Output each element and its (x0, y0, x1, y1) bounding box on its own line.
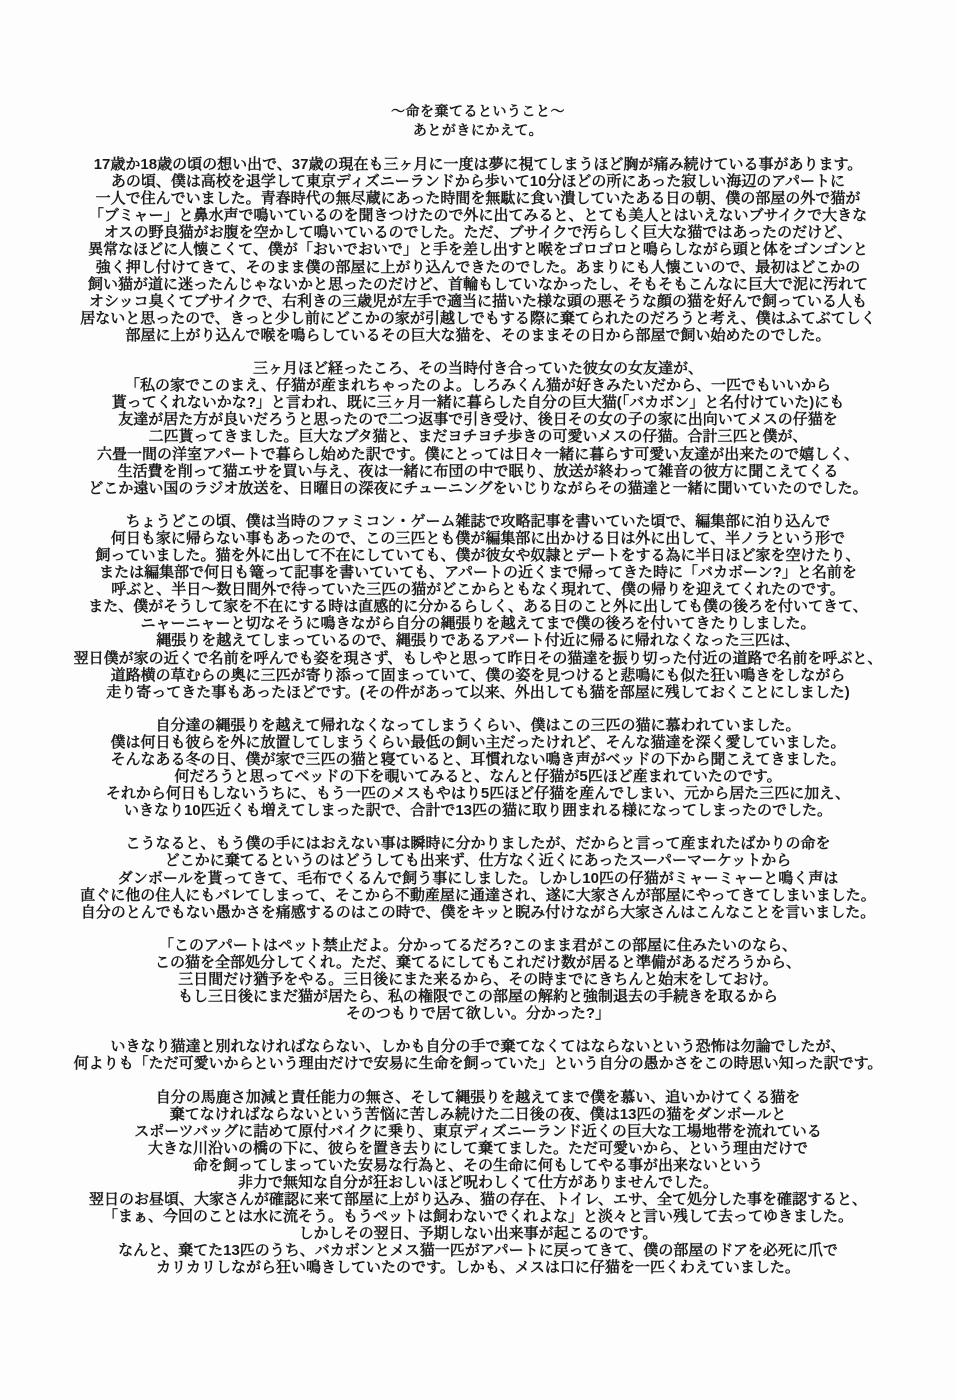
text-line: 「ブミャー」と鼻水声で鳴いているのを聞きつけたので外に出てみると、とても美人とは… (89, 207, 867, 224)
text-line: 大きな川沿いの橋の下に、彼らを置き去りにして棄てました。ただ可愛いから、という理… (148, 1140, 808, 1157)
text-line: 自分のとんでもない愚かさを痛感するのはこの時で、僕をキッと睨み付けながら大家さん… (81, 904, 875, 921)
text-line: ちょうどこの頃、僕は当時のファミコン・ゲーム雑誌で攻略記事を書いていた頃で、編集… (126, 513, 830, 530)
text-line: なんと、棄てた13匹のうち、バカボンとメス猫一匹がアパートに戻ってきて、僕の部屋… (118, 1242, 838, 1259)
text-line: 六畳一間の洋室アパートで暮らし始めた訳です。僕にとっては日々一緒に暮らす可愛い友… (97, 446, 859, 463)
body-text: 17歳か18歳の頃の想い出で、37歳の現在も三ヶ月に一度は夢に視てしまうほど胸が… (0, 156, 956, 1277)
text-line: また、僕がそうして家を不在にする時は直感的に分かるらしく、ある日のこと外に出して… (88, 598, 867, 615)
text-line: 飼っていました。猫を外に出して不在にしていても、僕が彼女や奴隷とデートをする為に… (95, 547, 860, 564)
text-line: 何よりも「ただ可愛いからという理由だけで安易に生命を飼っていた」という自分の愚か… (74, 1055, 883, 1072)
page-title: ～命を棄てるということ～ (0, 102, 956, 121)
text-line: 何日も家に帰らない事もあったので、この三匹とも僕が編集部に出かける日は外に出して… (111, 530, 845, 547)
text-line: 翌日のお昼頃、大家さんが確認に来て部屋に上がり込み、猫の存在、トイレ、エサ、全て… (89, 1191, 867, 1208)
title-block: ～命を棄てるということ～ あとがきにかえて。 (0, 0, 956, 140)
text-line: いきなり10匹近くも増えてしまった訳で、合計で13匹の猫に取り囲まれる様になって… (124, 802, 832, 819)
text-line: 飼い猫が道に迷ったんじゃないかと思ったのだけど、首輪もしていなかったし、そもそも… (88, 276, 868, 293)
text-line: 道路横の草むらの奥に三匹が寄り添って固まっていて、僕の姿を見つけると悲鳴にも似た… (111, 667, 846, 684)
text-line: 生活費を削って猫エサを買い与え、夜は一緒に布団の中で眠り、放送が終わって雑音の彼… (118, 463, 839, 480)
text-line: 棄てなければならないという苦悩に苦しみ続けた二日後の夜、僕は13匹の猫をダンボー… (170, 1106, 787, 1123)
text-line: ニャーニャーと切なそうに鳴きながら自分の縄張りを越えてまで僕の後ろを付いてきたり… (140, 615, 815, 632)
text-line: 呼ぶと、半日〜数日間外で待っていた三匹の猫がどこからともなく現れて、僕の帰りを迎… (111, 581, 845, 598)
text-line: どこか遠い国のラジオ放送を、日曜日の深夜にチューニングをいじりながらその猫達と一… (88, 480, 867, 497)
page-subtitle: あとがきにかえて。 (0, 121, 956, 140)
text-line: どこかに棄てるというのはどうしても出来ず、仕方なく近くにあったスーパーマーケット… (165, 852, 791, 869)
text-line: カリカリしながら狂い鳴きしていたのです。しかも、メスは口に仔猫を一匹くわえていま… (156, 1259, 800, 1276)
text-line: 一人で住んでいました。青春時代の無尽蔵にあった時間を無駄に食い潰していたある日の… (96, 190, 861, 207)
text-line: 僕は何日も彼らを外に放置してしまうくらい最低の飼い主だったけれど、そんな猫達を深… (110, 734, 845, 751)
text-line: しかしその翌日、予期しない出来事が起こるのです。 (299, 1225, 658, 1242)
afterword-page: ～命を棄てるということ～ あとがきにかえて。 17歳か18歳の頃の想い出で、37… (0, 0, 956, 1400)
text-line: 何だろうと思ってベッドの下を覗いてみると、なんと仔猫が5匹ほど産まれていたのです… (174, 768, 781, 785)
text-line: 「まぁ、今回のことは水に流そう。もうペットは飼わないでくれよな」と淡々と言い残し… (103, 1208, 853, 1225)
text-line: ダンボールを貰ってきて、毛布でくるんで飼う事にしました。しかし10匹の仔猫がミャ… (118, 870, 839, 887)
text-line: 非力で無知な自分が狂おしいほど呪わしくて仕方がありませんでした。 (238, 1174, 718, 1191)
paragraph: 「このアパートはペット禁止だよ。分かってるだろ?このまま君がこの部屋に住みたいの… (10, 937, 946, 1022)
text-line: それから何日もしないうちに、もう一匹のメスもやはり5匹ほど仔猫を産んでしまい、元… (106, 785, 850, 802)
text-line: 居ないと思ったので、きっと少し前にどこかの家が引越しでもする際に棄てられたのだろ… (80, 310, 876, 327)
text-line: いきなり猫達と別れなければならない、しかも自分の手で棄てなくてはならないという恐… (110, 1038, 845, 1055)
paragraph: 自分達の縄張りを越えて帰れなくなってしまうくらい、僕はこの三匹の猫に慕われていま… (10, 717, 946, 820)
text-line: 縄張りを越えてしまっているので、縄張りであるアパート付近に帰るに帰れなくなった三… (156, 632, 800, 649)
text-line: この猫を全部処分してくれ。ただ、棄てるにしてもこれだけ数が居ると準備があるだろう… (155, 954, 801, 971)
paragraph: こうなると、もう僕の手にはおえない事は瞬時に分かりましたが、だからと言って産まれ… (10, 835, 946, 920)
text-line: 走り寄ってきた事もあったほどです。(その件があって以来、外出しても猫を部屋に残し… (106, 684, 850, 701)
text-line: あの頃、僕は高校を退学して東京ディズニーランドから歩いて10分ほどの所にあった寂… (111, 173, 845, 190)
text-line: そのつもりで居て欲しい。分かった?」 (346, 1005, 610, 1022)
text-line: 自分達の縄張りを越えて帰れなくなってしまうくらい、僕はこの三匹の猫に慕われていま… (155, 717, 800, 734)
paragraph: 17歳か18歳の頃の想い出で、37歳の現在も三ヶ月に一度は夢に視てしまうほど胸が… (10, 156, 946, 344)
text-line: 部屋に上がり込んで喉を鳴らしているその巨大な猫を、そのままその日から部屋で飼い始… (125, 327, 830, 344)
text-line: 翌日僕が家の近くで名前を呼んでも姿を現さず、もしやと思って昨日その猫達を振り切っ… (74, 650, 883, 667)
text-line: 二匹貰ってきました。巨大なブタ猫と、まだヨチヨチ歩きの可愛いメスの仔猫。合計三匹… (149, 428, 808, 445)
text-line: こうなると、もう僕の手にはおえない事は瞬時に分かりましたが、だからと言って産まれ… (125, 835, 830, 852)
text-line: 強く押し付けてきて、そのまま僕の部屋に上がり込んできたのでした。あまりにも人懐こ… (96, 259, 860, 276)
text-line: 直ぐに他の住人にもバレてしまって、そこから不動産屋に通達され、遂に大家さんが部屋… (80, 887, 876, 904)
paragraph: ちょうどこの頃、僕は当時のファミコン・ゲーム雑誌で攻略記事を書いていた頃で、編集… (10, 513, 946, 701)
text-line: 命を飼ってしまっていた安易な行為と、その生命に何もしてやる事が出来ないという (193, 1157, 763, 1174)
text-line: 「私の家でこのまえ、仔猫が産まれちゃったのよ。しろみくん猫が好きみたいだから、一… (125, 377, 831, 394)
text-line: 三ヶ月ほど経ったころ、その当時付き合っていた彼女の女友達が、 (253, 360, 703, 377)
paragraph: 三ヶ月ほど経ったころ、その当時付き合っていた彼女の女友達が、「私の家でこのまえ、… (10, 360, 946, 497)
text-line: そんなある冬の日、僕が家で三匹の猫と寝ていると、耳慣れない鳴き声がベッドの下から… (110, 751, 845, 768)
text-line: オシッコ臭くてブサイクで、右利きの三歳児が左手で適当に描いた様な頭の悪そうな顔の… (89, 293, 867, 310)
text-line: 17歳か18歳の頃の想い出で、37歳の現在も三ヶ月に一度は夢に視てしまうほど胸が… (94, 156, 863, 173)
paragraph: いきなり猫達と別れなければならない、しかも自分の手で棄てなくてはならないという恐… (10, 1038, 946, 1072)
text-line: オスの野良猫がお腹を空かして鳴いているのでした。ただ、ブサイクで汚らしく巨大な猫… (104, 224, 852, 241)
paragraph: 自分の馬鹿さ加減と責任能力の無さ、そして縄張りを越えてまで僕を慕い、追いかけてく… (10, 1089, 946, 1277)
text-line: 自分の馬鹿さ加減と責任能力の無さ、そして縄張りを越えてまで僕を慕い、追いかけてく… (156, 1089, 800, 1106)
text-line: 異常なほどに人懐こくて、僕が「おいでおいで」と手を差し出すと喉をゴロゴロと鳴らし… (88, 241, 868, 258)
text-line: スポーツバッグに詰めて原付バイクに乗り、東京ディズニーランド近くの巨大な工場地帯… (134, 1123, 822, 1140)
text-line: 貰ってくれないかな?」と言われ、既に三ヶ月一緒に暮らした自分の巨大猫(「バカボン… (112, 394, 845, 411)
text-line: または編集部で何日も篭って記事を書いていても、アパートの近くまで帰ってきた時に「… (99, 564, 857, 581)
text-line: 友達が居た方が良いだろうと思ったので二つ返事で引き受け、後日その女の子の家に出向… (118, 411, 837, 428)
text-line: もし三日後にまだ猫が居たら、私の権限でこの部屋の解約と強制退去の手続きを取るから (178, 988, 778, 1005)
text-line: 「このアパートはペット禁止だよ。分かってるだろ?このまま君がこの部屋に住みたいの… (159, 937, 797, 954)
text-line: 三日間だけ猶予をやる。三日後にまた来るから、その時までにきちんと始末をしておけ。 (178, 971, 777, 988)
